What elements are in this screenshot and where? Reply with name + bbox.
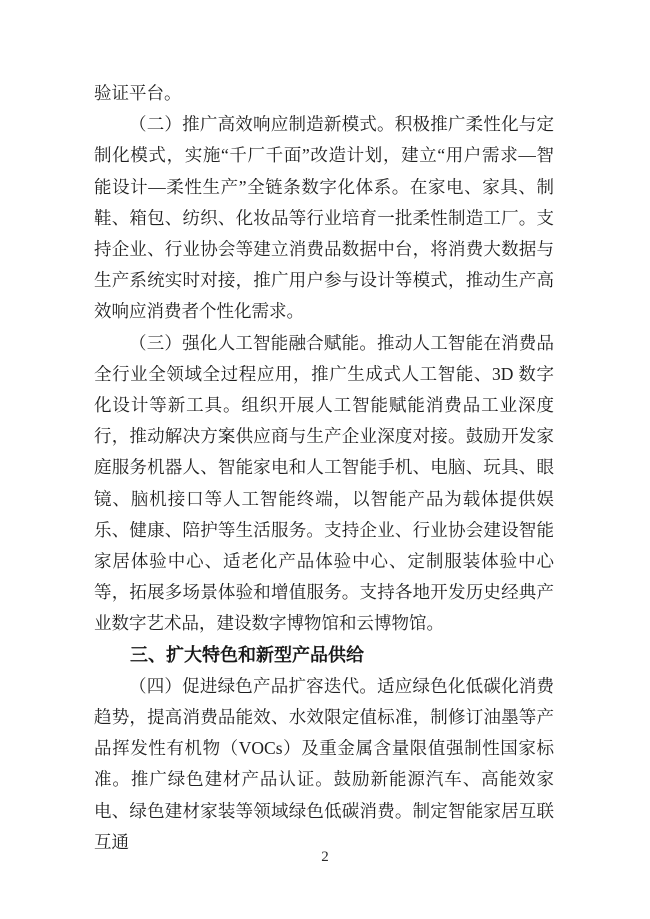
section-heading: 三、扩大特色和新型产品供给: [94, 640, 554, 671]
body-paragraph-continuation: 验证平台。: [94, 78, 554, 109]
page-number-label: 2: [0, 847, 650, 867]
body-paragraph: （三）强化人工智能融合赋能。推动人工智能在消费品全行业全领域全过程应用，推广生成…: [94, 328, 554, 640]
body-paragraph: （四）促进绿色产品扩容迭代。适应绿色化低碳化消费趋势，提高消费品能效、水效限定值…: [94, 671, 554, 858]
body-paragraph: （二）推广高效响应制造新模式。积极推广柔性化与定制化模式，实施“千厂千面”改造计…: [94, 109, 554, 327]
page-body-text: 验证平台。 （二）推广高效响应制造新模式。积极推广柔性化与定制化模式，实施“千厂…: [94, 78, 554, 858]
document-page: 验证平台。 （二）推广高效响应制造新模式。积极推广柔性化与定制化模式，实施“千厂…: [0, 0, 650, 919]
